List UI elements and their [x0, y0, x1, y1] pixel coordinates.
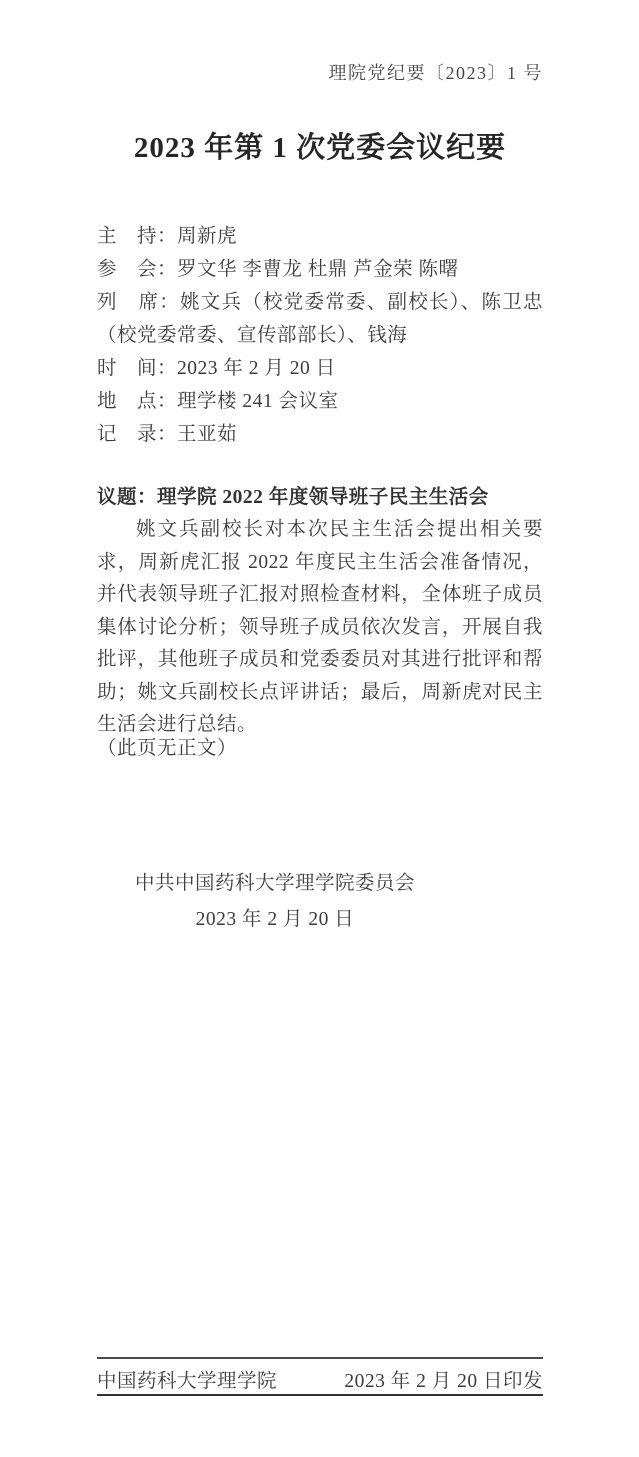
document-content: 理院党纪要〔2023〕1 号 2023 年第 1 次党委会议纪要 主 持：周新虎… [0, 61, 639, 938]
info-label-location: 地 点： [97, 391, 177, 412]
info-label-host: 主 持： [97, 226, 177, 247]
doc-number: 理院党纪要〔2023〕1 号 [97, 61, 543, 85]
signature-block: 中共中国药科大学理学院委员会 2023 年 2 月 20 日 [135, 866, 415, 938]
signature-date: 2023 年 2 月 20 日 [135, 902, 415, 938]
page-title: 2023 年第 1 次党委会议纪要 [97, 131, 543, 165]
topic-line: 议题：理学院 2022 年度领导班子民主生活会 [97, 481, 543, 514]
document-page: 理院党纪要〔2023〕1 号 2023 年第 1 次党委会议纪要 主 持：周新虎… [0, 0, 639, 1457]
footer-issuer: 中国药科大学理学院 [97, 1370, 277, 1393]
info-value-location: 理学楼 241 会议室 [177, 391, 339, 412]
topic-label: 议题： [97, 487, 157, 508]
info-value-recorder: 王亚茹 [177, 424, 237, 445]
info-label-observers: 列 席： [97, 292, 180, 313]
info-value-host: 周新虎 [177, 226, 237, 247]
info-value-time: 2023 年 2 月 20 日 [177, 358, 336, 379]
info-label-recorder: 记 录： [97, 424, 177, 445]
topic-text: 理学院 2022 年度领导班子民主生活会 [157, 487, 489, 508]
info-row-recorder: 记 录：王亚茹 [97, 418, 543, 451]
info-value-attendees: 罗文华 李曹龙 杜鼎 芦金荣 陈曙 [177, 259, 459, 280]
info-row-location: 地 点：理学楼 241 会议室 [97, 385, 543, 418]
info-label-attendees: 参 会： [97, 259, 177, 280]
info-row-host: 主 持：周新虎 [97, 220, 543, 253]
info-label-time: 时 间： [97, 358, 177, 379]
signature-org: 中共中国药科大学理学院委员会 [135, 866, 415, 902]
footer-row: 中国药科大学理学院 2023 年 2 月 20 日印发 [97, 1359, 543, 1396]
info-row-time: 时 间：2023 年 2 月 20 日 [97, 352, 543, 385]
footer: 中国药科大学理学院 2023 年 2 月 20 日印发 [97, 1357, 543, 1396]
info-row-observers: 列 席：姚文兵（校党委常委、副校长）、陈卫忠（校党委常委、宣传部部长）、钱海 [97, 286, 543, 352]
meeting-info: 主 持：周新虎 参 会：罗文华 李曹龙 杜鼎 芦金荣 陈曙 列 席：姚文兵（校党… [97, 220, 543, 451]
footer-print-date: 2023 年 2 月 20 日印发 [344, 1370, 543, 1393]
no-text-note: （此页无正文） [97, 738, 543, 760]
body-paragraph: 姚文兵副校长对本次民主生活会提出相关要求，周新虎汇报 2022 年度民主生活会准… [97, 514, 543, 742]
info-row-attendees: 参 会：罗文华 李曹龙 杜鼎 芦金荣 陈曙 [97, 253, 543, 286]
